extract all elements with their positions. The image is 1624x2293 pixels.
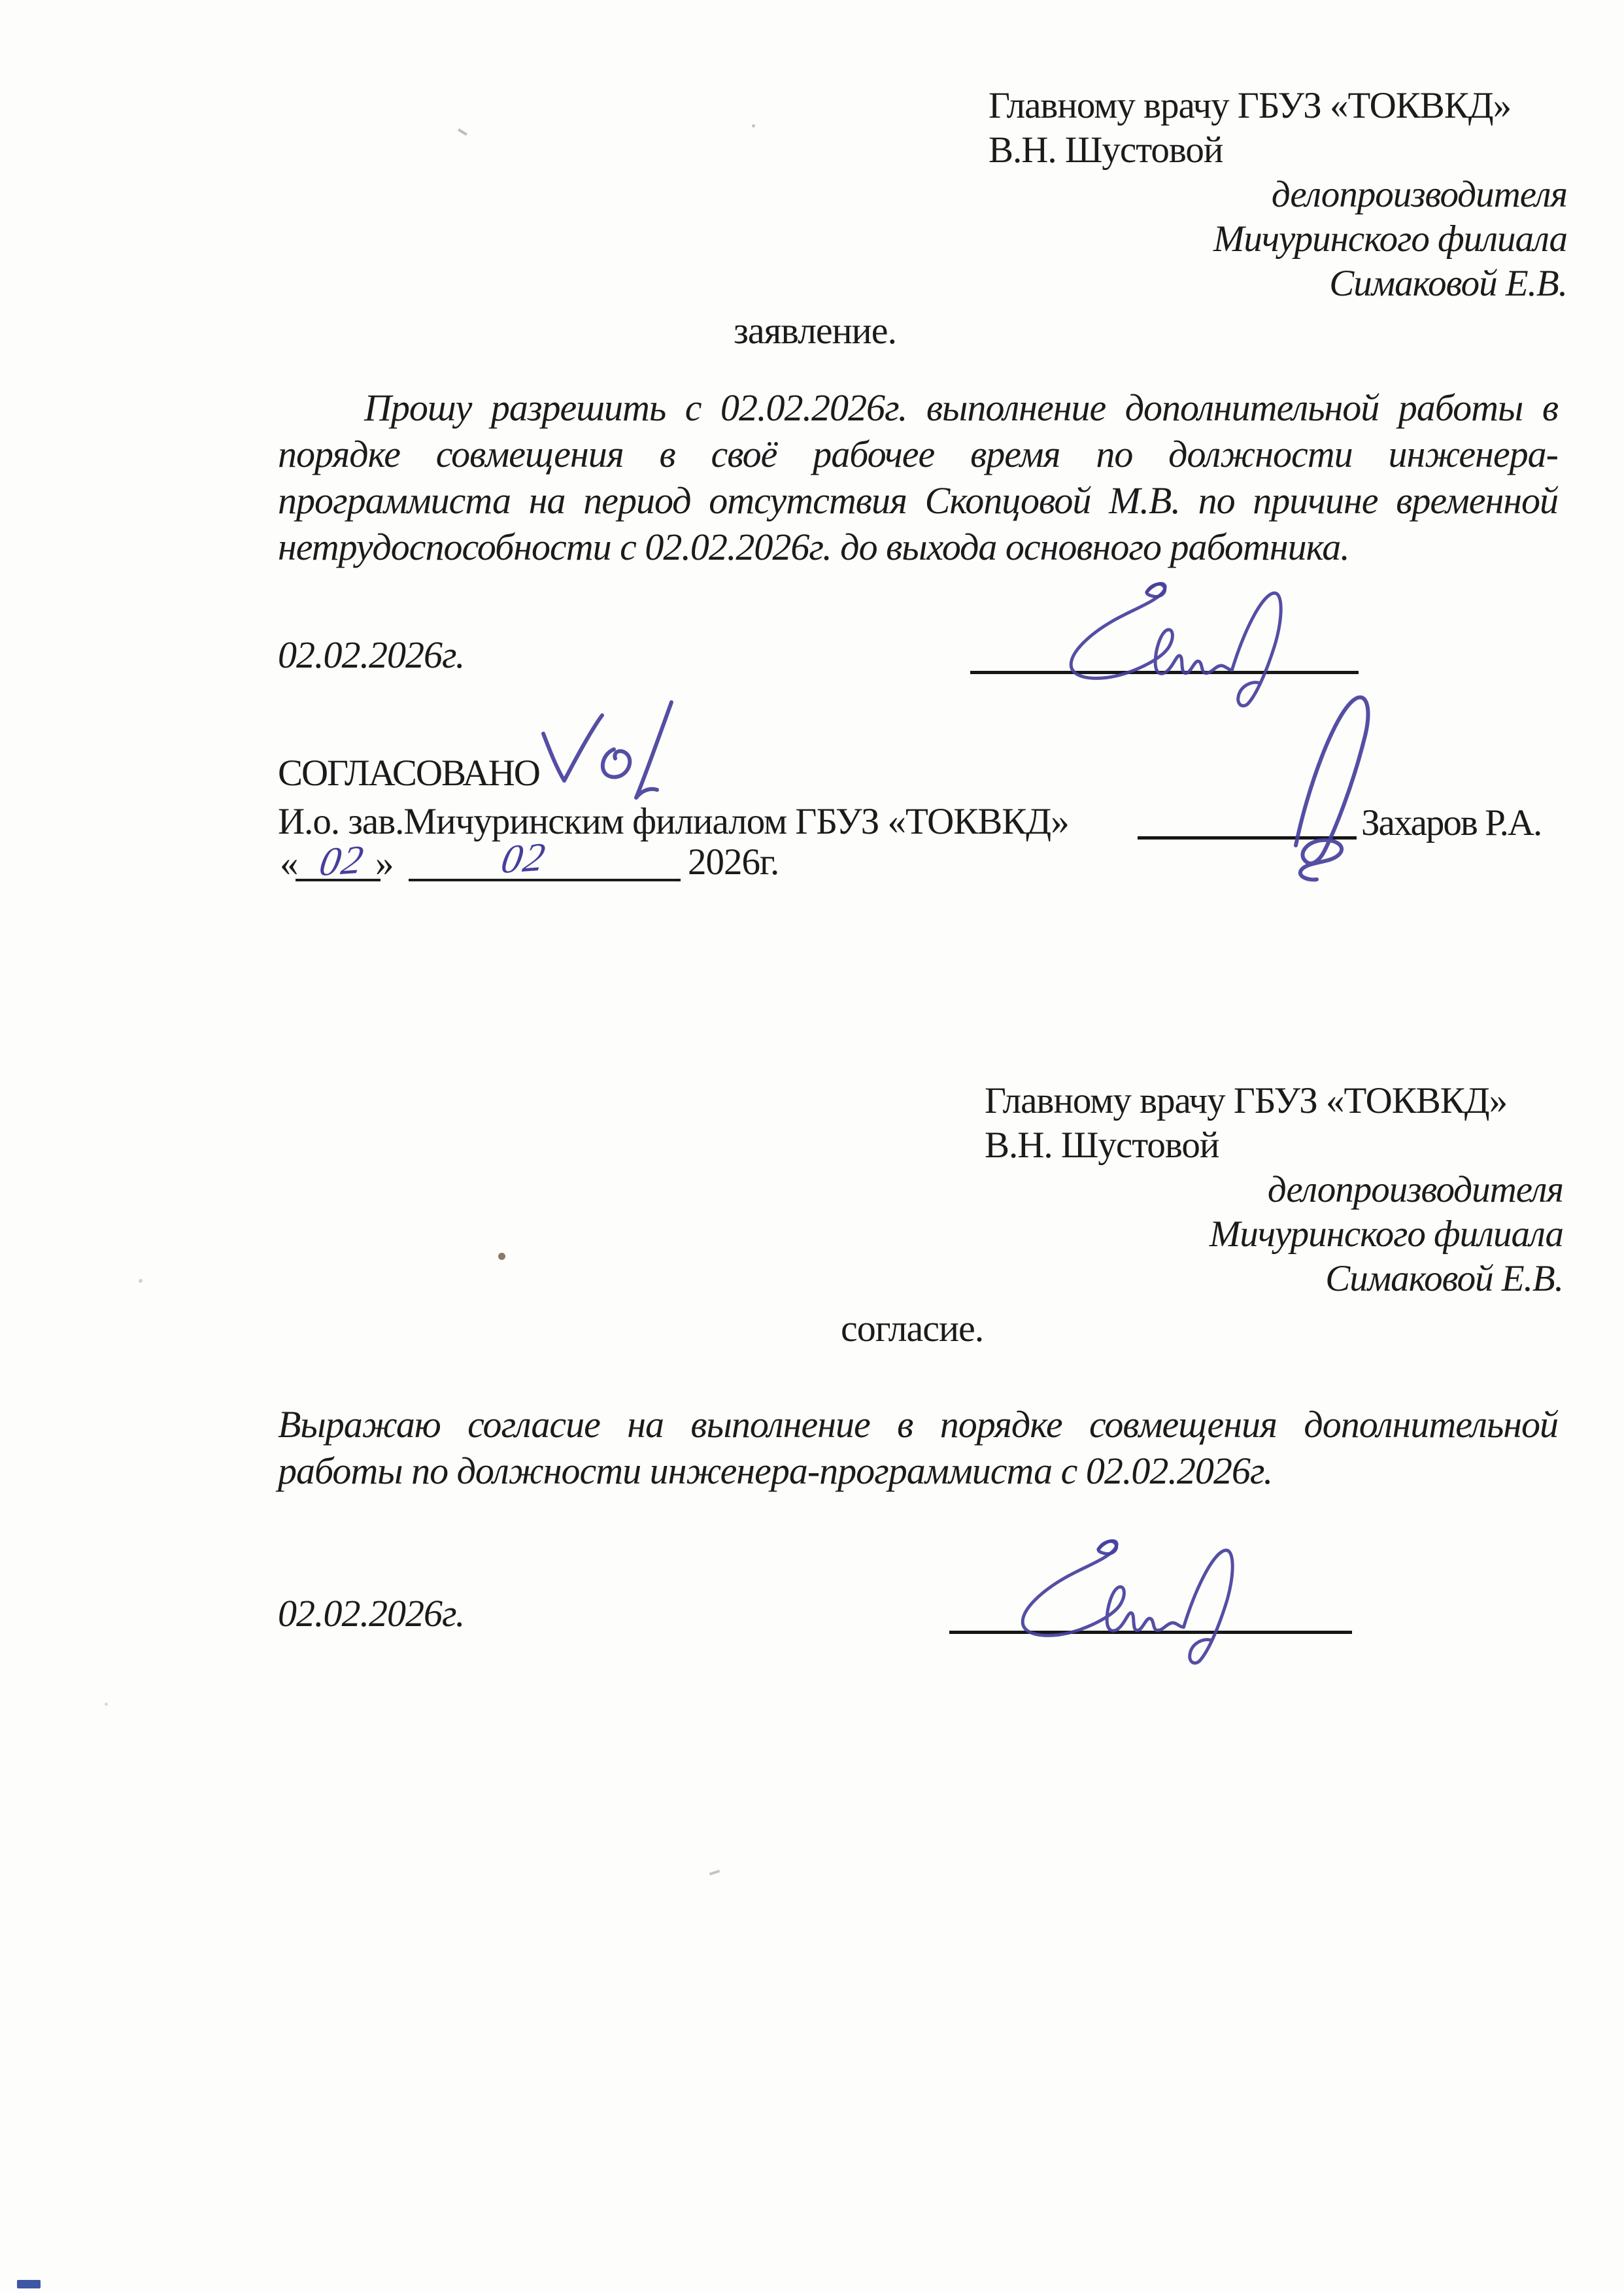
- month-fill-line: [409, 879, 681, 881]
- signature-stroke: [1023, 1541, 1232, 1663]
- handwritten-month: 02: [498, 834, 550, 883]
- body-line: Выражаю согласие на выполнение в порядке…: [278, 1401, 1558, 1448]
- scan-speck: [458, 128, 467, 135]
- scanner-edge-artifact: [17, 2280, 41, 2288]
- approval-label: СОГЛАСОВАНО: [278, 752, 539, 794]
- signature-simakova-ink-2: [1017, 1526, 1266, 1670]
- scan-speck: [105, 1703, 108, 1706]
- approval-checkmark-scribble: [533, 698, 683, 803]
- letter1-title: заявление.: [734, 309, 896, 352]
- signature-heart-curl: [1147, 584, 1165, 596]
- signature-stroke: [1296, 697, 1368, 879]
- recipient-line: Главному врачу ГБУЗ «ТОКВКД»: [985, 1079, 1563, 1123]
- body-line: работы по должности инженера-программист…: [278, 1448, 1558, 1494]
- signature-zakharov-ink: [1255, 690, 1393, 879]
- signature-heart-curl: [1098, 1541, 1117, 1554]
- recipient-line: делопроизводителя: [985, 1168, 1563, 1212]
- approval-position-line: И.о. зав.Мичуринским филиалом ГБУЗ «ТОКВ…: [278, 800, 1069, 843]
- letter2-title: согласие.: [841, 1306, 983, 1350]
- recipient-line: делопроизводителя: [989, 173, 1567, 217]
- recipient-line: Мичуринского филиала: [989, 217, 1567, 262]
- scan-speck: [752, 124, 755, 127]
- letter2-body: Выражаю согласие на выполнение в порядке…: [278, 1401, 1558, 1494]
- approval-year: 2026г.: [688, 841, 779, 883]
- recipient-line: В.Н. Шустовой: [985, 1123, 1563, 1168]
- o-loop-stroke: [603, 749, 630, 777]
- scan-speck: [498, 1253, 505, 1260]
- letter2-date: 02.02.2026г.: [278, 1591, 464, 1635]
- body-line: нетрудоспособности с 02.02.2026г. до вых…: [278, 524, 1558, 570]
- scan-speck: [139, 1279, 143, 1283]
- day-fill-line: [296, 879, 381, 881]
- scan-speck: [709, 1870, 720, 1876]
- letter1-date: 02.02.2026г.: [278, 633, 464, 677]
- signature-stroke: [1071, 584, 1281, 706]
- check-stroke: [543, 715, 602, 781]
- recipient-line: Мичуринского филиала: [985, 1212, 1563, 1257]
- recipient-line: Главному врачу ГБУЗ «ТОКВКД»: [989, 84, 1567, 128]
- recipient-line: Симаковой Е.В.: [985, 1257, 1563, 1301]
- body-line: порядке совмещения в своё рабочее время …: [278, 431, 1558, 477]
- body-line: программиста на период отсутствия Скопцо…: [278, 477, 1558, 524]
- letter1-body: Прошу разрешить с 02.02.2026г. выполнени…: [278, 384, 1558, 570]
- body-line: Прошу разрешить с 02.02.2026г. выполнени…: [278, 384, 1558, 431]
- slash-stroke: [636, 702, 671, 798]
- scanned-document-page: Главному врачу ГБУЗ «ТОКВКД» В.Н. Шустов…: [0, 0, 1624, 2293]
- recipient-line: Симаковой Е.В.: [989, 262, 1567, 306]
- recipient-block-1: Главному врачу ГБУЗ «ТОКВКД» В.Н. Шустов…: [989, 84, 1567, 306]
- recipient-line: В.Н. Шустовой: [989, 128, 1567, 173]
- recipient-block-2: Главному врачу ГБУЗ «ТОКВКД» В.Н. Шустов…: [985, 1079, 1563, 1301]
